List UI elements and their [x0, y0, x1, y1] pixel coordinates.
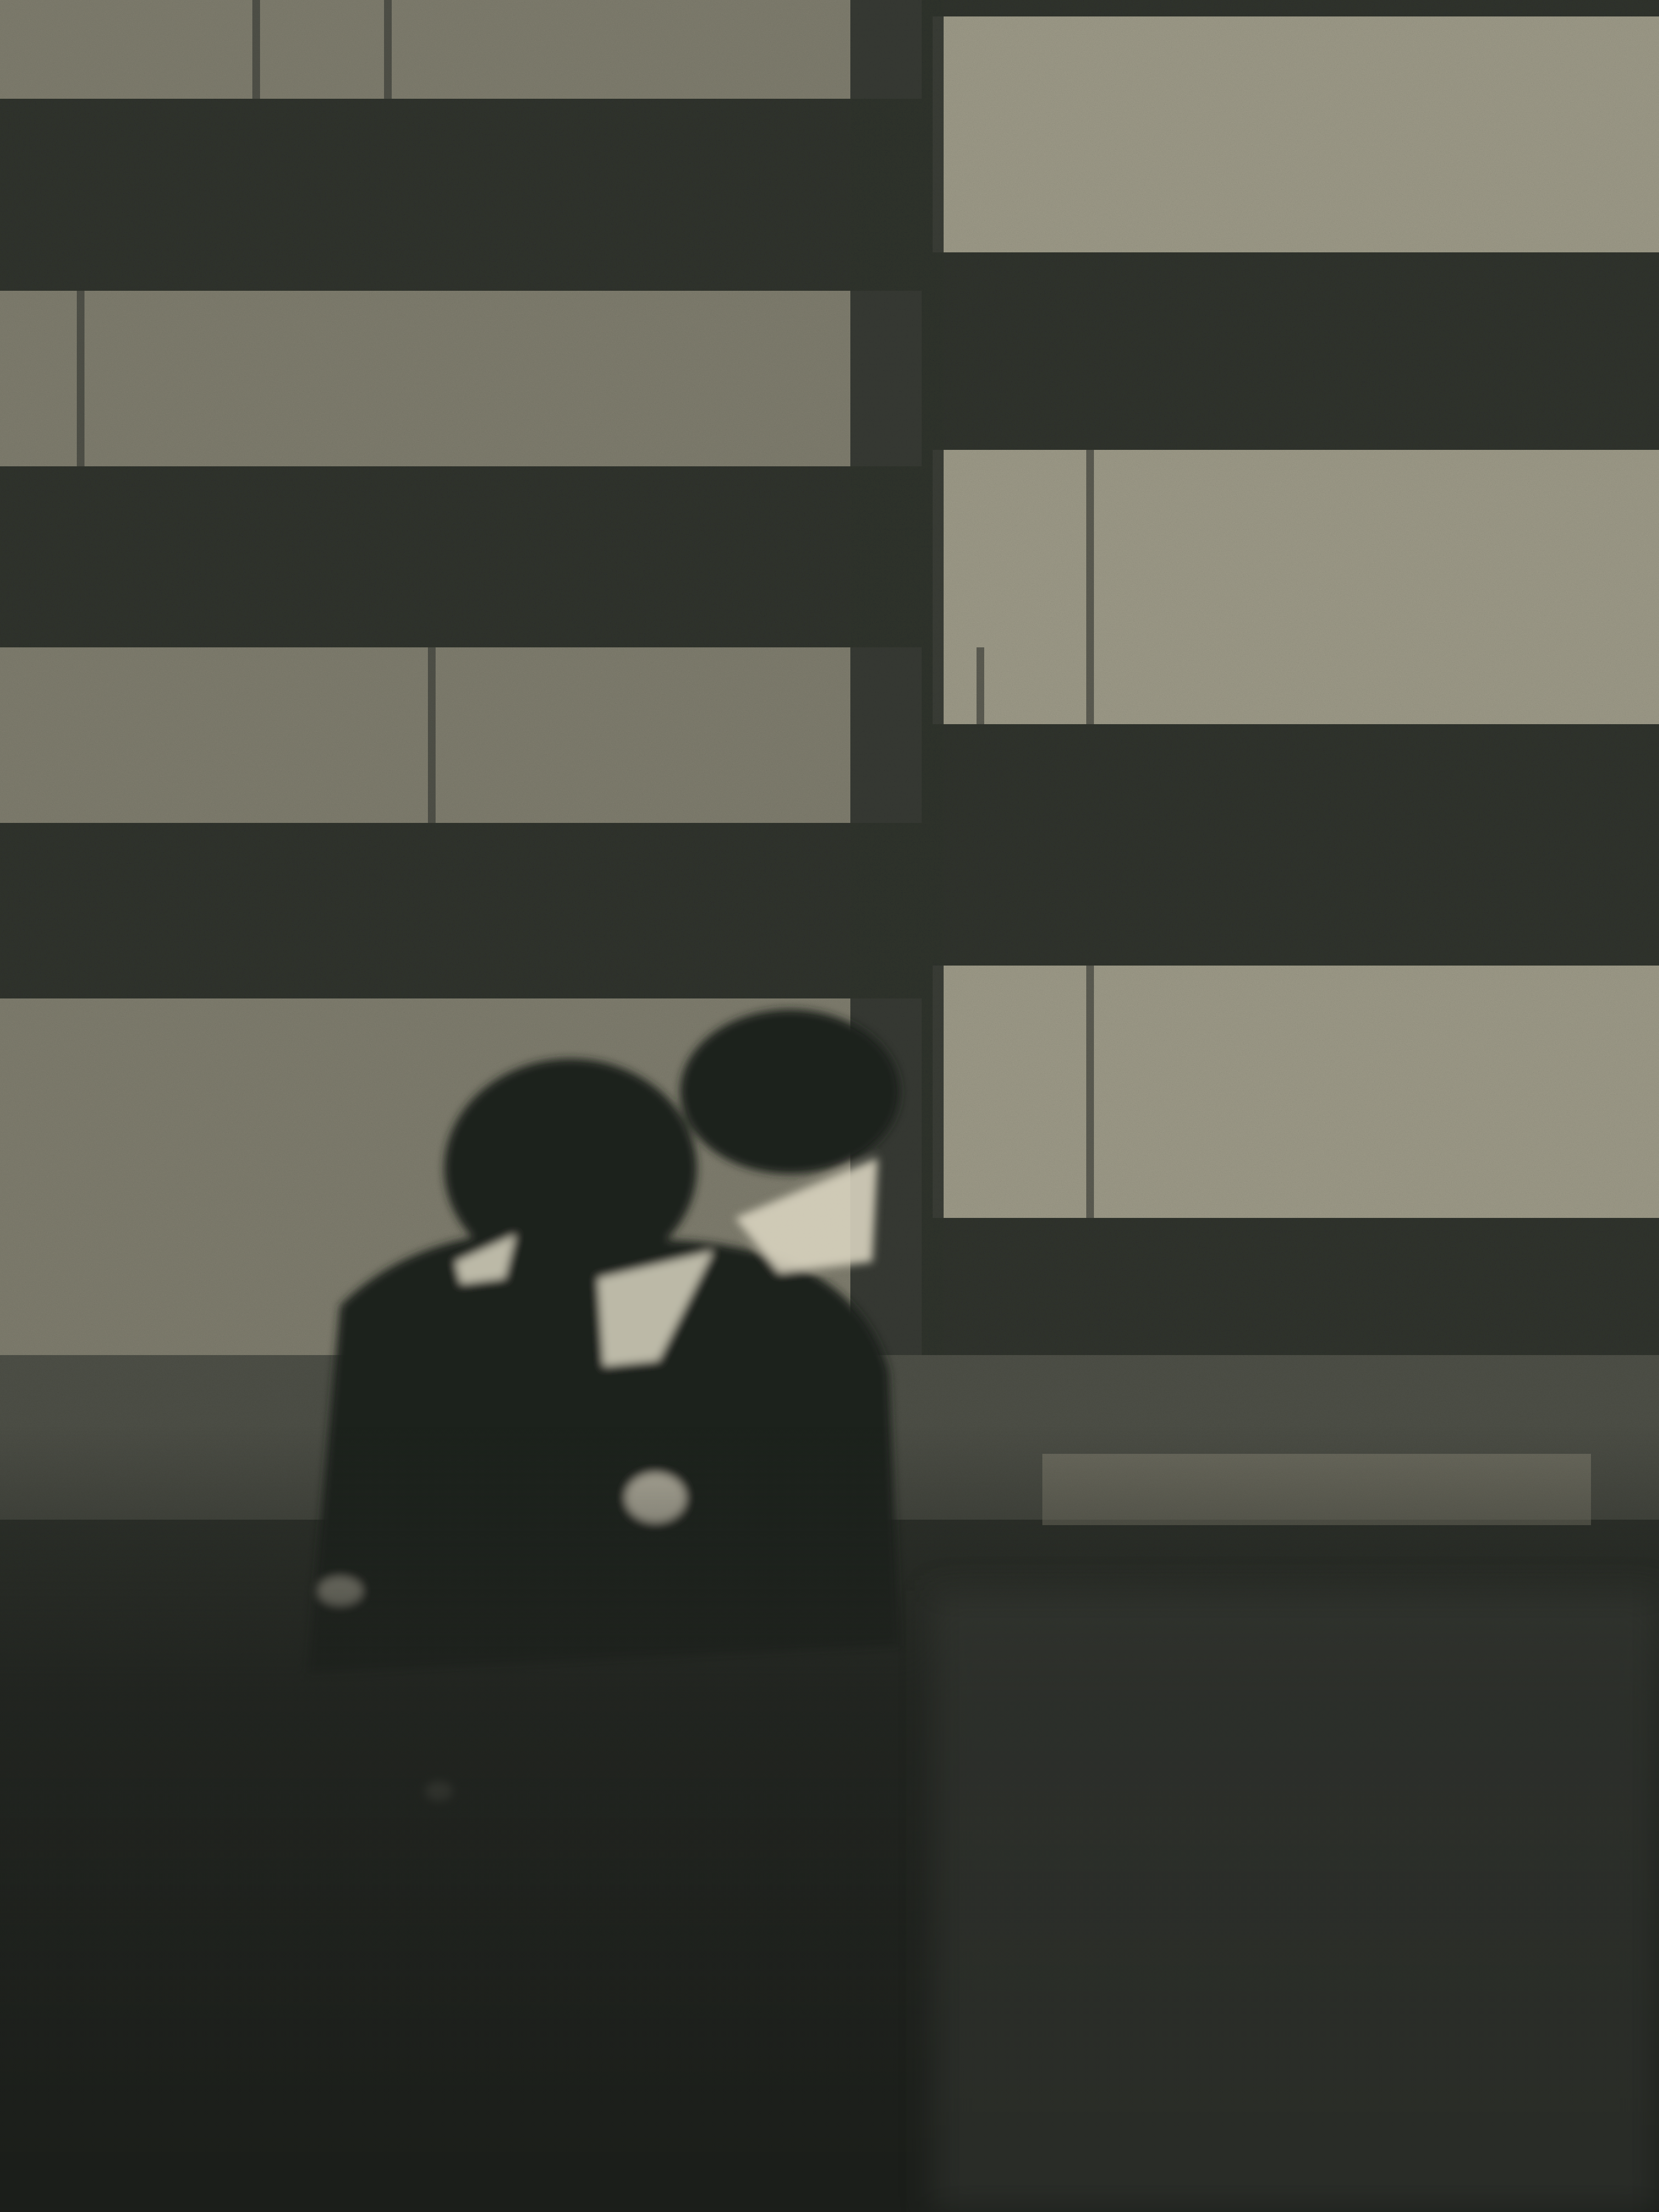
photo-scene — [0, 0, 1659, 2212]
right-shade — [933, 1591, 1659, 2212]
photograph — [0, 0, 1659, 2212]
